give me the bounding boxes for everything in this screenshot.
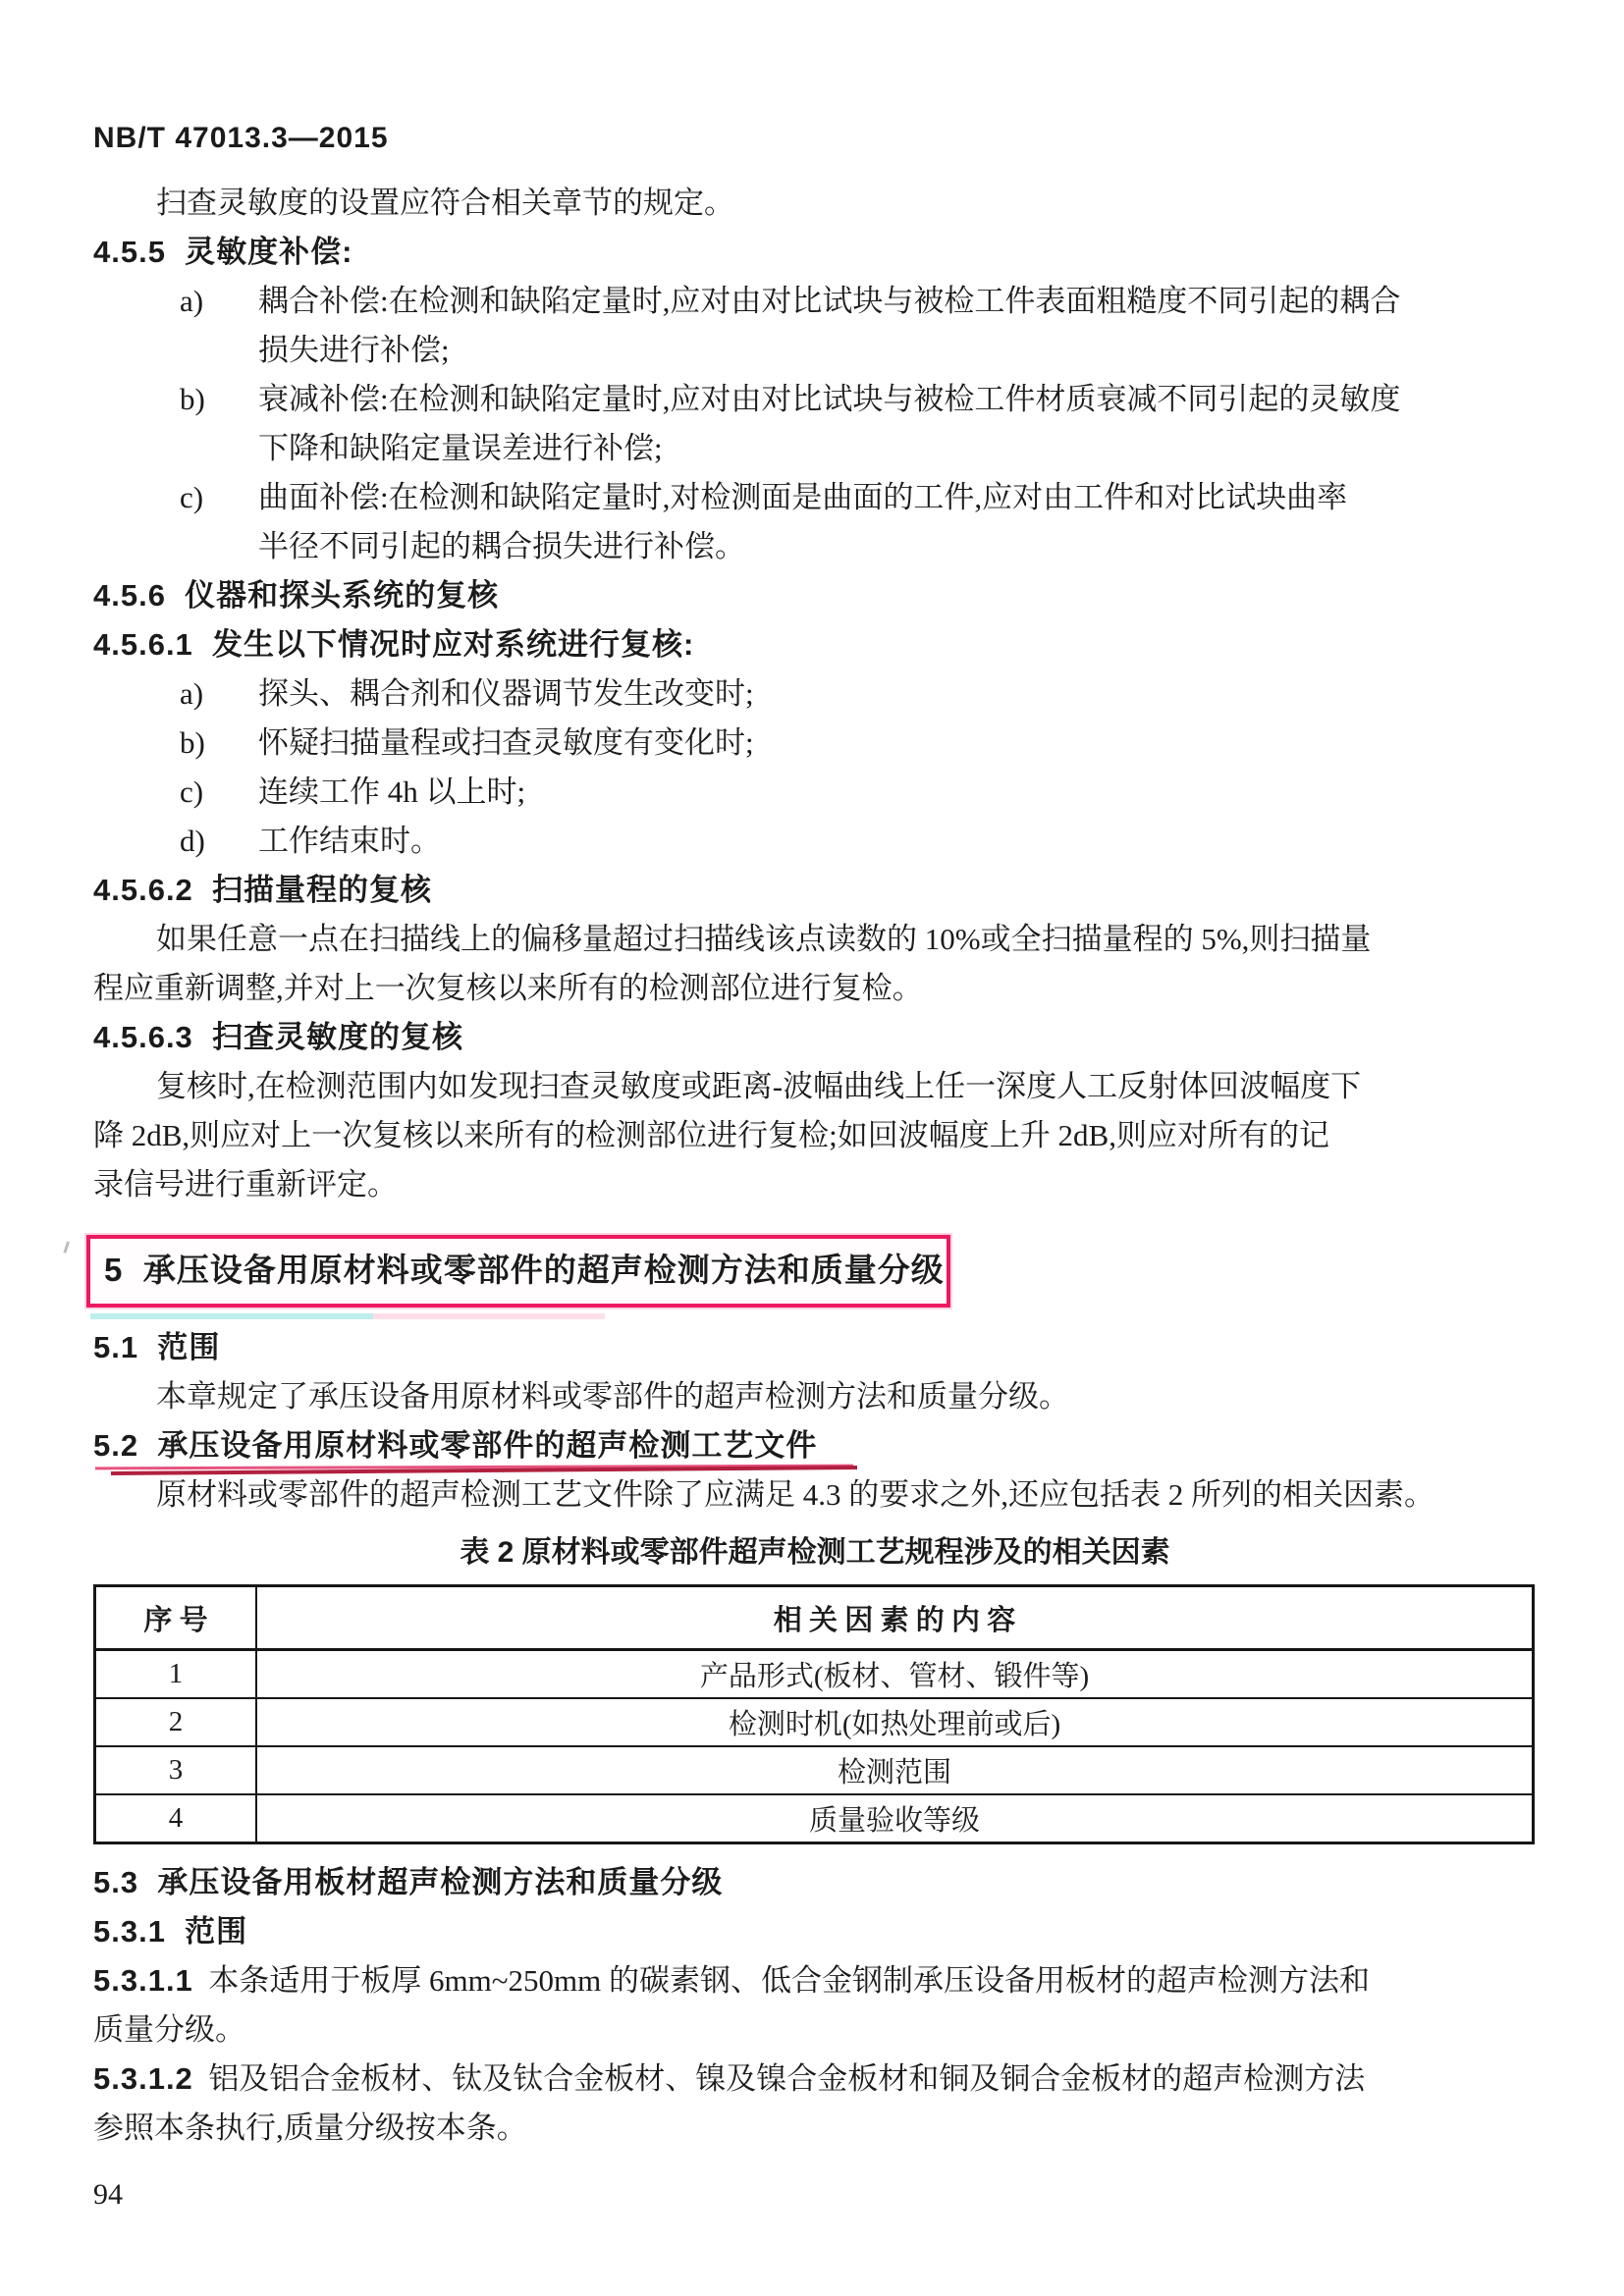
list-item-label: b) bbox=[180, 375, 258, 424]
page-number: 94 bbox=[93, 2170, 1537, 2219]
list-item-a: a)耦合补偿:在检测和缺陷定量时,应对由对比试块与被检工件表面粗糙度不同引起的耦… bbox=[93, 277, 1537, 326]
chapter-5-heading-box: 5 承压设备用原材料或零部件的超声检测方法和质量分级 bbox=[86, 1235, 950, 1308]
column-header-content: 相 关 因 素 的 内 容 bbox=[256, 1586, 1534, 1650]
paragraph-line: 复核时,在检测范围内如发现扫查灵敏度或距离-波幅曲线上任一深度人工反射体回波幅度… bbox=[93, 1062, 1537, 1111]
list-item-text: 衰减补偿:在检测和缺陷定量时,应对由对比试块与被检工件材质衰减不同引起的灵敏度 bbox=[258, 382, 1400, 416]
paragraph-text: 铝及铝合金板材、钛及钛合金板材、镍及镍合金板材和铜及铜合金板材的超声检测方法 bbox=[193, 2061, 1366, 2096]
column-header-serial: 序 号 bbox=[95, 1586, 257, 1650]
clause-4-5-6-2-heading: 4.5.6.2 扫描量程的复核 bbox=[93, 866, 1537, 915]
list-item-label: a) bbox=[180, 277, 258, 326]
paragraph-line: 扫查灵敏度的设置应符合相关章节的规定。 bbox=[93, 179, 1537, 228]
list-item-label: b) bbox=[180, 719, 258, 768]
table-row: 1 产品形式(板材、管材、锻件等) bbox=[95, 1650, 1534, 1699]
cell-content: 产品形式(板材、管材、锻件等) bbox=[256, 1650, 1534, 1699]
list-item-text: 工作结束时。 bbox=[258, 824, 441, 858]
table-2-title: 表 2 原材料或零部件超声检测工艺规程涉及的相关因素 bbox=[93, 1529, 1537, 1576]
list-item-text: 怀疑扫描量程或扫查灵敏度有变化时; bbox=[258, 725, 754, 760]
table-row: 3 检测范围 bbox=[95, 1746, 1534, 1794]
list-item-d: d)工作结束时。 bbox=[93, 817, 1537, 866]
paragraph-line: 程应重新调整,并对上一次复核以来所有的检测部位进行复检。 bbox=[93, 964, 1537, 1013]
list-item-text: 连续工作 4h 以上时; bbox=[258, 774, 525, 809]
scanned-standard-page: NB/T 47013.3—2015 扫查灵敏度的设置应符合相关章节的规定。 4.… bbox=[0, 0, 1624, 2296]
list-item-b: b)怀疑扫描量程或扫查灵敏度有变化时; bbox=[93, 719, 1537, 768]
paragraph-text: 本条适用于板厚 6mm~250mm 的碳素钢、低合金钢制承压设备用板材的超声检测… bbox=[193, 1963, 1370, 1998]
list-item-b-continuation: 下降和缺陷定量误差进行补偿; bbox=[93, 424, 1537, 473]
list-item-text: 探头、耦合剂和仪器调节发生改变时; bbox=[258, 676, 754, 711]
paragraph-line: 原材料或零部件的超声检测工艺文件除了应满足 4.3 的要求之外,还应包括表 2 … bbox=[93, 1470, 1537, 1520]
paragraph-line: 参照本条执行,质量分级按本条。 bbox=[93, 2104, 1537, 2153]
cell-content: 检测时机(如热处理前或后) bbox=[256, 1698, 1534, 1746]
clause-number: 5.3.1.2 bbox=[93, 2061, 193, 2096]
cell-content: 质量验收等级 bbox=[256, 1794, 1534, 1843]
chapter-5-highlight-annotation: 5 承压设备用原材料或零部件的超声检测方法和质量分级 bbox=[86, 1235, 950, 1308]
cell-serial: 1 bbox=[95, 1650, 257, 1699]
clause-4-5-6-1-heading: 4.5.6.1 发生以下情况时应对系统进行复核: bbox=[93, 620, 1537, 669]
paragraph-line: 本章规定了承压设备用原材料或零部件的超声检测方法和质量分级。 bbox=[93, 1372, 1537, 1421]
list-item-label: c) bbox=[180, 473, 258, 522]
paragraph-line: 如果任意一点在扫描线上的偏移量超过扫描线该点读数的 10%或全扫描量程的 5%,… bbox=[93, 915, 1537, 964]
list-item-label: d) bbox=[180, 817, 258, 866]
cell-serial: 3 bbox=[95, 1746, 257, 1794]
clause-4-5-6-heading: 4.5.6 仪器和探头系统的复核 bbox=[93, 571, 1537, 620]
list-item-c: c)曲面补偿:在检测和缺陷定量时,对检测面是曲面的工件,应对由工件和对比试块曲率 bbox=[93, 473, 1537, 522]
clause-5-3-heading: 5.3 承压设备用板材超声检测方法和质量分级 bbox=[93, 1858, 1537, 1907]
paragraph-5-3-1-2: 5.3.1.2 铝及铝合金板材、钛及钛合金板材、镍及镍合金板材和铜及铜合金板材的… bbox=[93, 2055, 1537, 2104]
list-item-c: c)连续工作 4h 以上时; bbox=[93, 768, 1537, 817]
cell-serial: 2 bbox=[95, 1698, 257, 1746]
clause-4-5-5-heading: 4.5.5 灵敏度补偿: bbox=[93, 228, 1537, 277]
list-item-b: b)衰减补偿:在检测和缺陷定量时,应对由对比试块与被检工件材质衰减不同引起的灵敏… bbox=[93, 375, 1537, 424]
list-item-label: c) bbox=[180, 768, 258, 817]
page-content: NB/T 47013.3—2015 扫查灵敏度的设置应符合相关章节的规定。 4.… bbox=[93, 116, 1537, 2219]
list-item-a-continuation: 损失进行补偿; bbox=[93, 326, 1537, 375]
table-header-row: 序 号 相 关 因 素 的 内 容 bbox=[95, 1586, 1534, 1650]
clause-5-3-1-heading: 5.3.1 范围 bbox=[93, 1907, 1537, 1956]
chapter-5-heading: 5 承压设备用原材料或零部件的超声检测方法和质量分级 bbox=[104, 1245, 933, 1296]
list-item-a: a)探头、耦合剂和仪器调节发生改变时; bbox=[93, 669, 1537, 719]
list-item-text: 曲面补偿:在检测和缺陷定量时,对检测面是曲面的工件,应对由工件和对比试块曲率 bbox=[258, 480, 1347, 514]
paragraph-line: 质量分级。 bbox=[93, 2005, 1537, 2055]
clause-5-1-heading: 5.1 范围 bbox=[93, 1323, 1537, 1372]
paragraph-5-3-1-1: 5.3.1.1 本条适用于板厚 6mm~250mm 的碳素钢、低合金钢制承压设备… bbox=[93, 1956, 1537, 2005]
table-2: 序 号 相 关 因 素 的 内 容 1 产品形式(板材、管材、锻件等) 2 检测… bbox=[93, 1584, 1535, 1844]
cell-content: 检测范围 bbox=[256, 1746, 1534, 1794]
list-item-c-continuation: 半径不同引起的耦合损失进行补偿。 bbox=[93, 522, 1537, 571]
clause-number: 5.3.1.1 bbox=[93, 1963, 193, 1998]
standard-number: NB/T 47013.3—2015 bbox=[93, 116, 1537, 161]
list-item-label: a) bbox=[180, 669, 258, 719]
clause-4-5-6-3-heading: 4.5.6.3 扫查灵敏度的复核 bbox=[93, 1013, 1537, 1062]
paragraph-line: 录信号进行重新评定。 bbox=[93, 1160, 1537, 1209]
clause-5-2-heading-underlined: 5.2 承压设备用原材料或零部件的超声检测工艺文件 bbox=[93, 1421, 817, 1470]
paragraph-line: 降 2dB,则应对上一次复核以来所有的检测部位进行复检;如回波幅度上升 2dB,… bbox=[93, 1111, 1537, 1160]
list-item-text: 耦合补偿:在检测和缺陷定量时,应对由对比试块与被检工件表面粗糙度不同引起的耦合 bbox=[258, 284, 1400, 318]
table-row: 2 检测时机(如热处理前或后) bbox=[95, 1698, 1534, 1746]
table-row: 4 质量验收等级 bbox=[95, 1794, 1534, 1843]
cell-serial: 4 bbox=[95, 1794, 257, 1843]
